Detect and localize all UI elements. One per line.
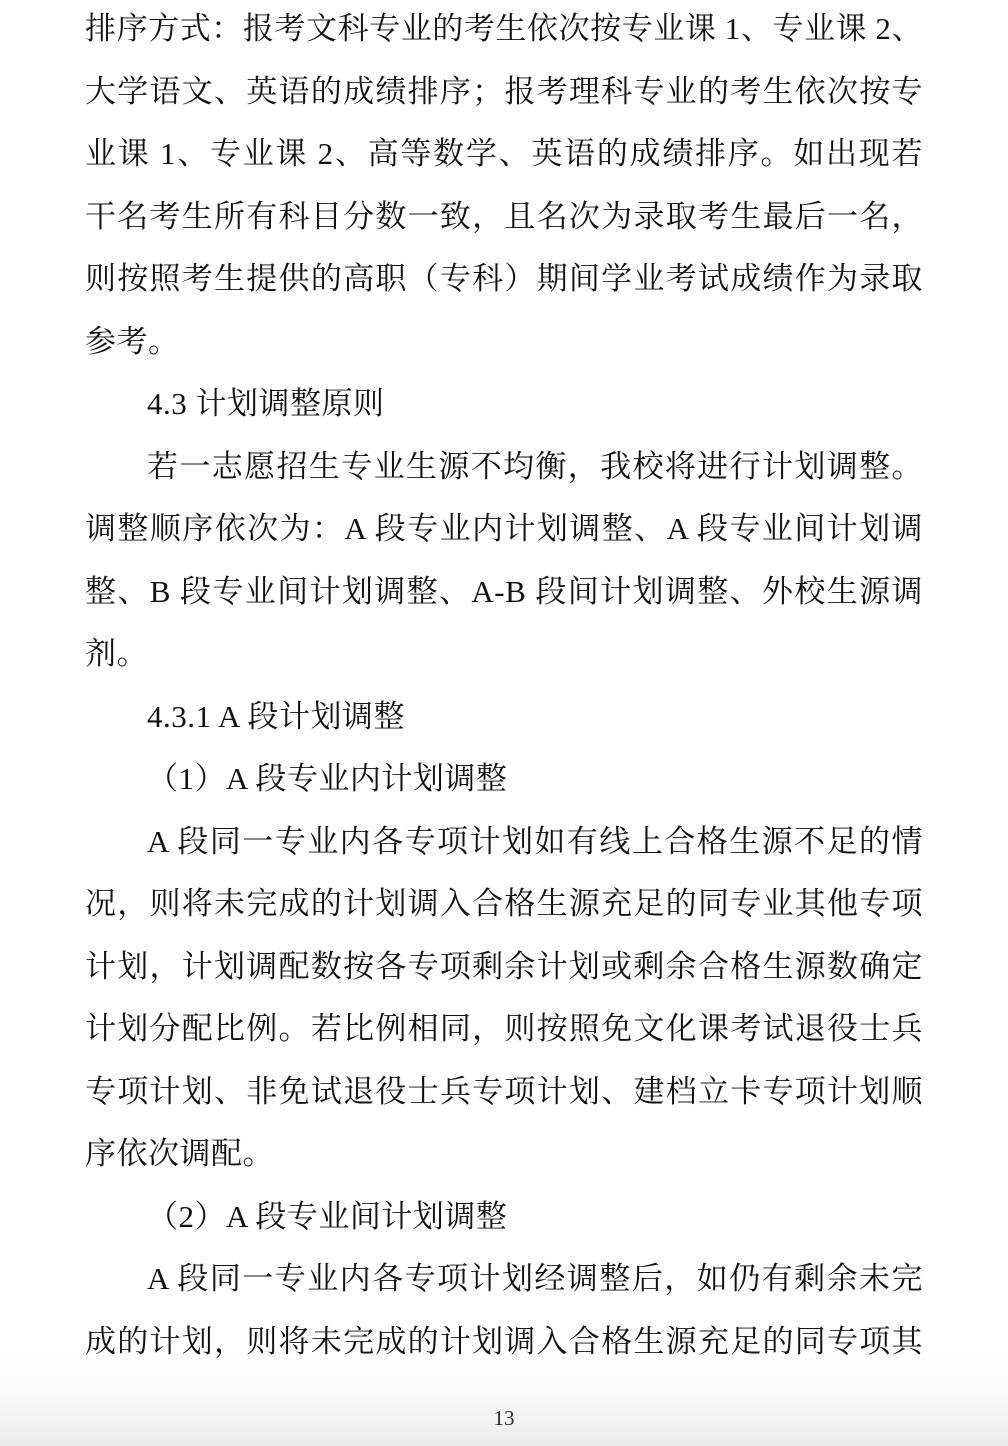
text-line: 若一志愿招生专业生源不均衡，我校将进行计划调整。: [85, 436, 923, 499]
section-heading: 4.3.1 A 段计划调整: [85, 686, 923, 749]
text-line: 参考。: [85, 311, 923, 374]
text-line: 干名考生所有科目分数一致，且名次为录取考生最后一名，: [85, 186, 923, 249]
text-line: 业课 1、专业课 2、高等数学、英语的成绩排序。如出现若: [85, 123, 923, 186]
text-line: 况，则将未完成的计划调入合格生源充足的同专业其他专项: [85, 873, 923, 936]
text-line: 大学语文、英语的成绩排序；报考理科专业的考生依次按专: [85, 61, 923, 124]
text-line: 序依次调配。: [85, 1123, 923, 1186]
text-line: 专项计划、非免试退役士兵专项计划、建档立卡专项计划顺: [85, 1061, 923, 1124]
text-line: 排序方式：报考文科专业的考生依次按专业课 1、专业课 2、: [85, 0, 923, 61]
text-line: 计划分配比例。若比例相同，则按照免文化课考试退役士兵: [85, 998, 923, 1061]
text-line: A 段同一专业内各专项计划如有线上合格生源不足的情: [85, 811, 923, 874]
section-heading: （2）A 段专业间计划调整: [85, 1186, 923, 1249]
text-line: 计划，计划调配数按各专项剩余计划或剩余合格生源数确定: [85, 936, 923, 999]
text-line: 调整顺序依次为：A 段专业内计划调整、A 段专业间计划调: [85, 498, 923, 561]
page-number: 13: [0, 1402, 1008, 1434]
document-text-block: 排序方式：报考文科专业的考生依次按专业课 1、专业课 2、 大学语文、英语的成绩…: [85, 0, 923, 1373]
text-line: 整、B 段专业间计划调整、A-B 段间计划调整、外校生源调: [85, 561, 923, 624]
text-line: A 段同一专业内各专项计划经调整后，如仍有剩余未完: [85, 1248, 923, 1311]
text-line: 则按照考生提供的高职（专科）期间学业考试成绩作为录取: [85, 248, 923, 311]
text-line: 成的计划，则将未完成的计划调入合格生源充足的同专项其: [85, 1311, 923, 1374]
document-page: 排序方式：报考文科专业的考生依次按专业课 1、专业课 2、 大学语文、英语的成绩…: [0, 0, 1008, 1446]
text-line: 剂。: [85, 623, 923, 686]
section-heading: 4.3 计划调整原则: [85, 373, 923, 436]
section-heading: （1）A 段专业内计划调整: [85, 748, 923, 811]
